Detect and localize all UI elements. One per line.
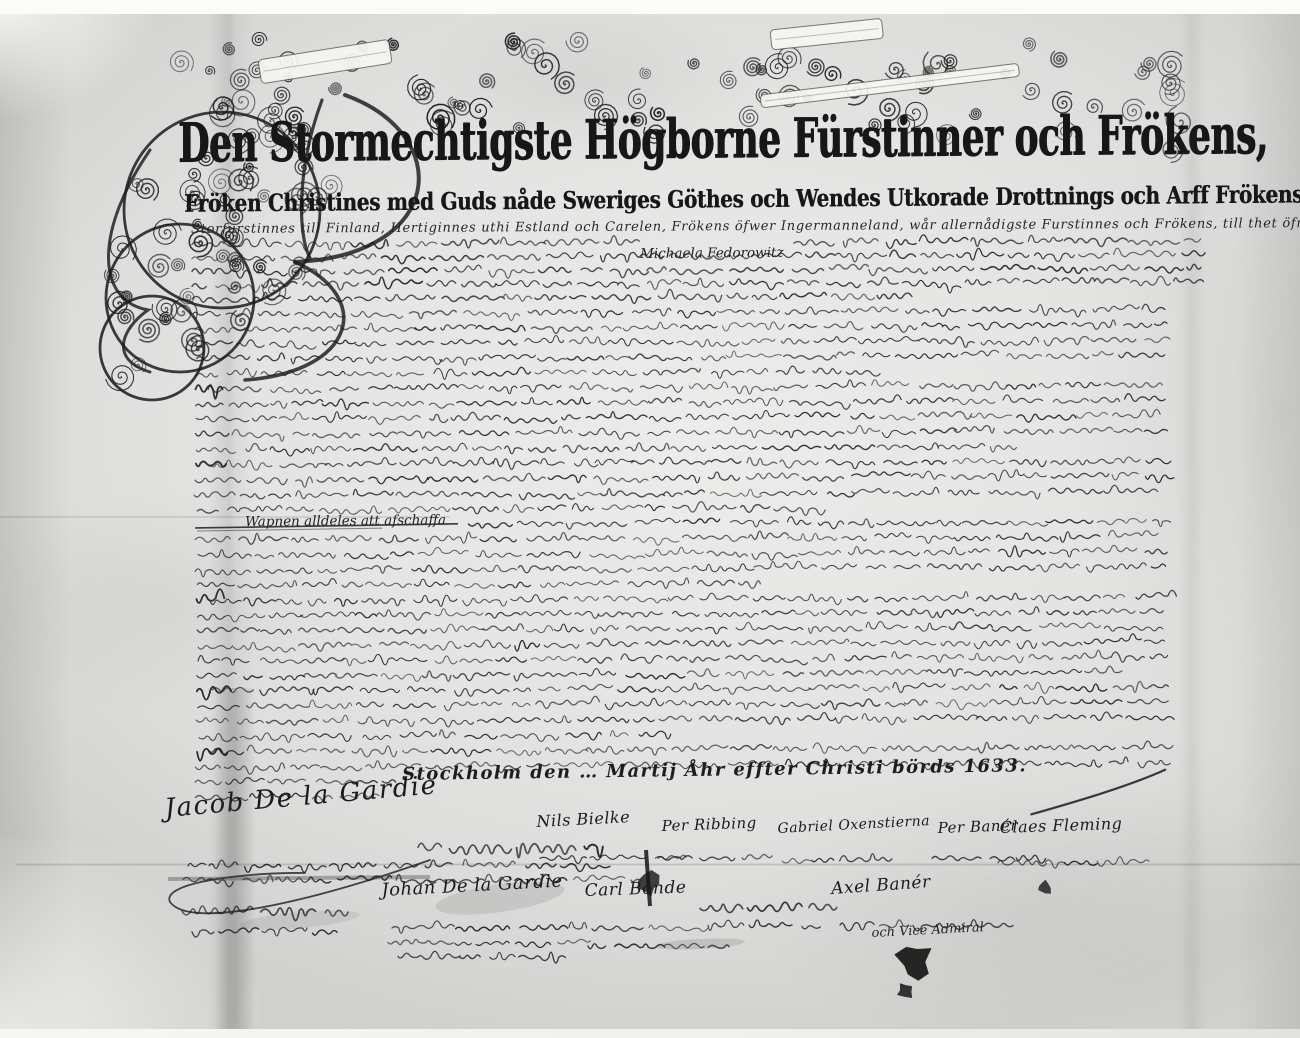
signature-name: Gabriel Oxenstierna [777,813,930,837]
signature-name: Carl Bonde [584,877,686,901]
signature-name: Axel Banér [831,872,932,899]
signature-name: Claes Fleming [999,814,1122,837]
signature-name: Jacob De la Gardie [163,770,438,824]
dateline-1633: Stockholm den … Martij Åhr effter Christ… [402,755,1027,785]
legible-text-layer: Den Stormechtigste Högborne Fürstinner o… [0,0,1300,1038]
sub-heading: Fröken Christines med Guds nåde Sweriges… [184,180,1300,218]
legible-fragment-tsar-name: Michaela Fedorowitz [640,245,784,262]
titles-line: Storfurstinnes till Finland, Hertiginnes… [191,216,1300,237]
signature-subline: och Vice Admiral [871,920,984,941]
signature-name: Nils Bielke [536,807,631,831]
signature-name: Johan De la Gardie [381,871,563,901]
signature-name: Per Ribbing [661,814,757,835]
legible-fragment-underlined: Wapnen alldeles att afschaffa [245,512,446,530]
main-heading-blackletter: Den Stormechtigste Högborne Fürstinner o… [178,103,1268,175]
document-photo: Den Stormechtigste Högborne Fürstinner o… [0,0,1300,1038]
